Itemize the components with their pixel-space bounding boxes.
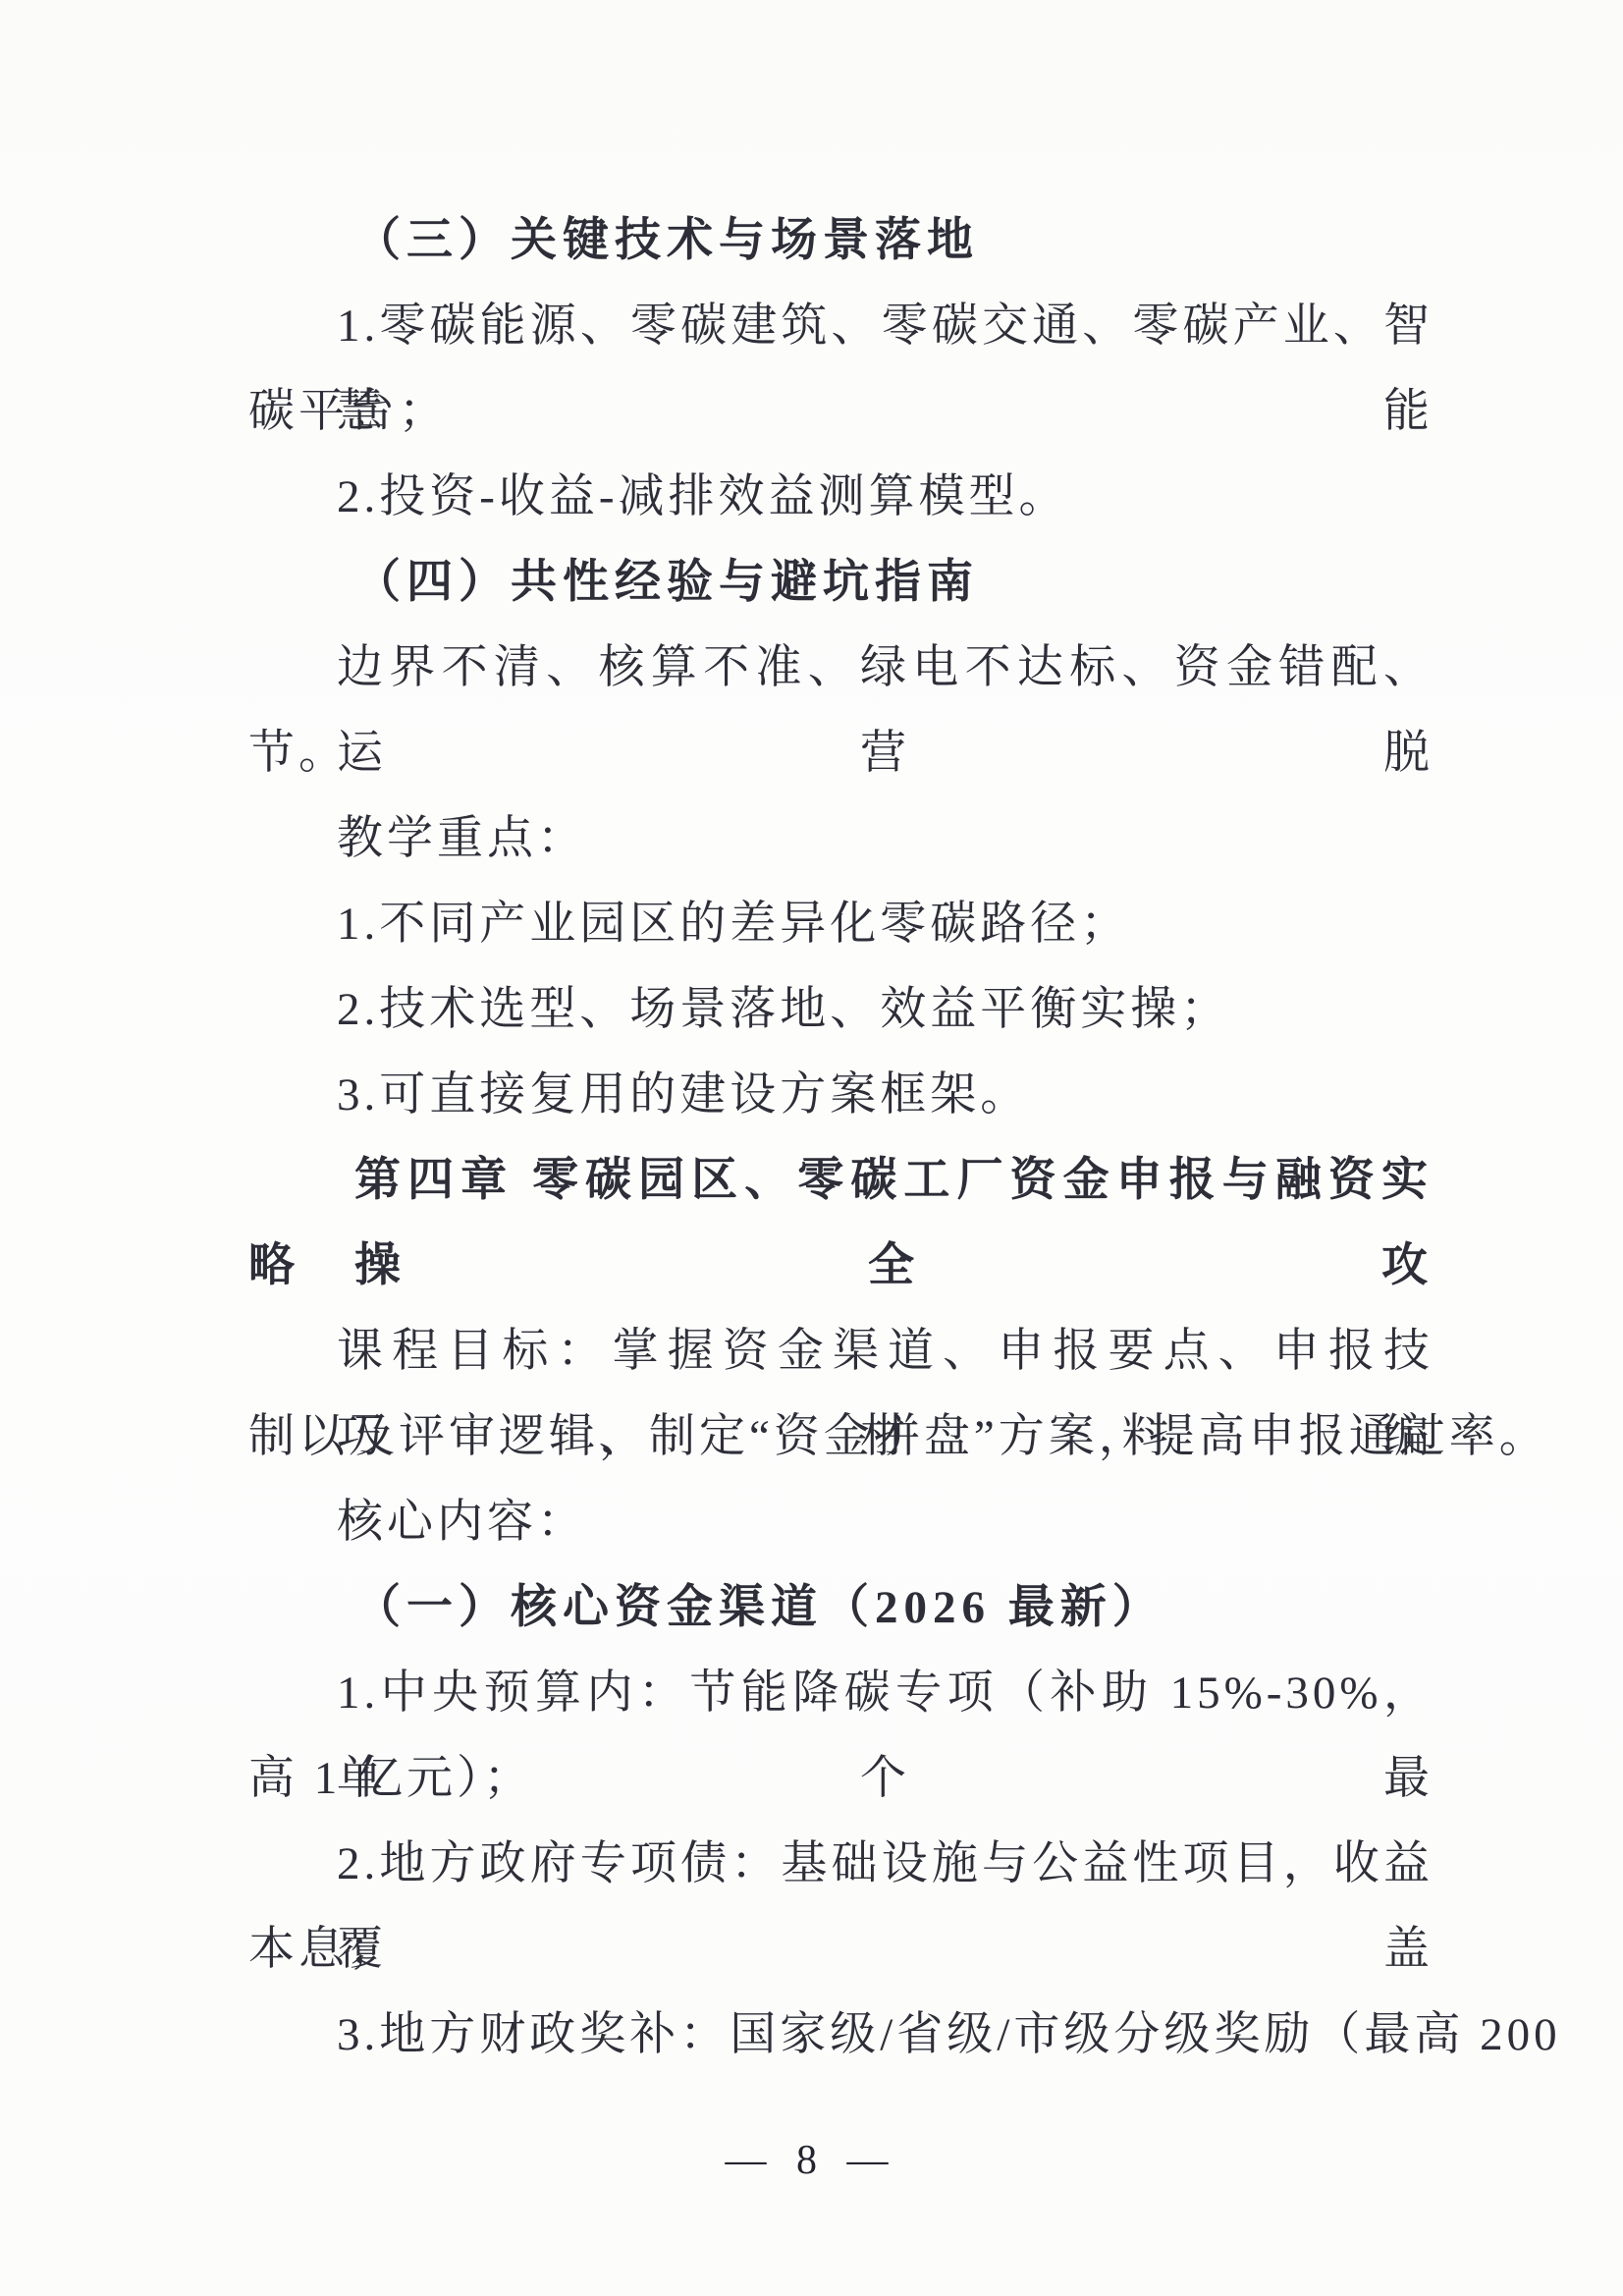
chapter-heading: 第四章 零碳园区、零碳工厂资金申报与融资实操全攻 bbox=[248, 1138, 1434, 1224]
body-line: 2.投资-收益-减排效益测算模型。 bbox=[248, 455, 1434, 540]
body-line: 2.技术选型、场景落地、效益平衡实操； bbox=[248, 967, 1434, 1053]
body-line: 3.可直接复用的建设方案框架。 bbox=[248, 1053, 1434, 1138]
subsection-heading-1: （一）核心资金渠道（2026 最新） bbox=[248, 1565, 1434, 1651]
body-line: 1.不同产业园区的差异化零碳路径； bbox=[248, 882, 1434, 967]
text-block: （三）关键技术与场景落地 1.零碳能源、零碳建筑、零碳交通、零碳产业、智慧能 碳… bbox=[248, 198, 1434, 2078]
body-line: 1.零碳能源、零碳建筑、零碳交通、零碳产业、智慧能 bbox=[248, 284, 1434, 369]
body-line: 3.地方财政奖补：国家级/省级/市级分级奖励（最高 200 bbox=[248, 1993, 1434, 2078]
body-line: 边界不清、核算不准、绿电不达标、资金错配、运营脱 bbox=[248, 626, 1434, 711]
body-line: 制以及评审逻辑，制定“资金拼盘”方案，提高申报通过率。 bbox=[248, 1394, 1434, 1480]
section-heading-3: （三）关键技术与场景落地 bbox=[248, 198, 1434, 284]
body-line: 课程目标：掌握资金渠道、申报要点、申报技巧、材料编 bbox=[248, 1309, 1434, 1394]
body-line: 2.地方政府专项债：基础设施与公益性项目，收益覆盖 bbox=[248, 1822, 1434, 1907]
body-line: 核心内容： bbox=[248, 1480, 1434, 1565]
body-line: 教学重点： bbox=[248, 796, 1434, 882]
section-heading-4: （四）共性经验与避坑指南 bbox=[248, 540, 1434, 626]
body-line: 1.中央预算内：节能降碳专项（补助 15%-30%，单个最 bbox=[248, 1651, 1434, 1736]
page-number: — 8 — bbox=[0, 2121, 1623, 2200]
document-page: （三）关键技术与场景落地 1.零碳能源、零碳建筑、零碳交通、零碳产业、智慧能 碳… bbox=[0, 0, 1623, 2296]
